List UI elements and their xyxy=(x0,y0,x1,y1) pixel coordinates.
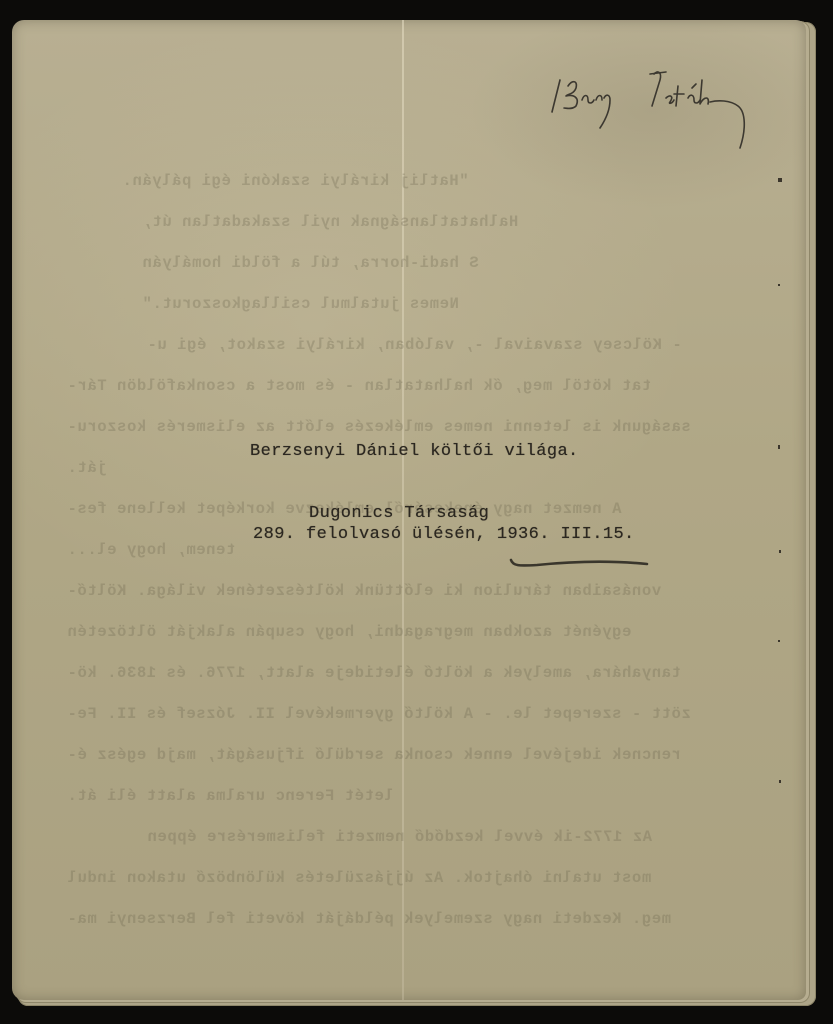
edge-specks-icon xyxy=(774,20,786,1000)
pencil-underline-icon xyxy=(507,556,657,576)
bleed-line: Halhatatlanságnak nyil szakadatlan út, xyxy=(142,213,518,231)
document-page: "Hatlij királyi szakóni égi pályán. Halh… xyxy=(12,20,806,1000)
bleed-line: meg. Kezdeti nagy szemelyek példáját köv… xyxy=(67,910,671,928)
bleed-line: tanyahára, amelyek a költő életideje ala… xyxy=(67,664,681,682)
society-name: Dugonics Társaság xyxy=(309,504,489,523)
session-info: 289. felolvasó ülésén, 1936. III.15. xyxy=(253,525,635,544)
bleed-line: S hadi-horra, túl a földi homályán xyxy=(142,254,479,272)
bleed-line: vonásaiban tárulion ki előttünk költésze… xyxy=(67,582,661,600)
bleed-line: "Hatlij királyi szakóni égi pályán. xyxy=(122,172,469,190)
bleed-line: saságunk is letenni nemes emlékezés előt… xyxy=(67,418,691,436)
scan-background: "Hatlij királyi szakóni égi pályán. Halh… xyxy=(0,0,833,1024)
bleed-line: - Kölcsey szavaival -, valóban, királyi … xyxy=(147,336,682,354)
bleed-line: tenem, hogy el... xyxy=(67,541,235,559)
bleed-line: zött - szerepet le. - A költő gyermekéve… xyxy=(67,705,691,723)
bleed-line: Az 1772-ik évvel kezdődő nemzeti felisme… xyxy=(147,828,652,846)
bleed-line: letét Ferenc uralma alatt éli át. xyxy=(67,787,394,805)
bleed-line: rencnek idejével ennek csonka serdülő if… xyxy=(67,746,681,764)
handwritten-signature-icon xyxy=(542,50,762,150)
bleed-line: ját. xyxy=(67,459,107,477)
bleed-line: tat kötöl meg, ők halhatatlan - és most … xyxy=(67,377,651,395)
bleed-line: most utalni óhajtok. Az újjászületés kül… xyxy=(67,869,651,887)
document-title: Berzsenyi Dániel költői világa. xyxy=(250,442,579,461)
bleed-line: egyénét azokban megragadni, hogy csupán … xyxy=(67,623,631,641)
bleed-line: Nemes jutalmul csillagkoszorut." xyxy=(142,295,459,313)
